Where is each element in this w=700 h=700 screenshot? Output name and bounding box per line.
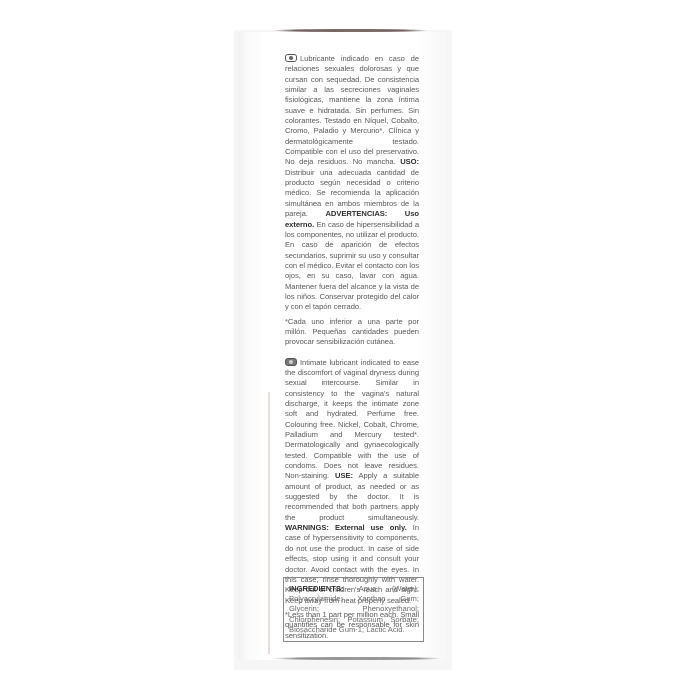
box-bottom-edge (272, 657, 442, 660)
english-language-icon (285, 358, 297, 366)
ingredients-box: INGREDIENTS: Aqua (Water); Polyacrylamid… (283, 577, 424, 642)
spanish-footnote: *Cada uno inferior a una parte por milló… (285, 317, 419, 348)
english-intro: Intimate lubricant indicated to ease the… (285, 358, 419, 481)
english-use-label: USE: (335, 471, 353, 480)
spanish-uso-label: USO: (400, 157, 419, 166)
label-text-column: Lubricante indicado en caso de relacione… (285, 54, 419, 645)
box-fold-strip (268, 392, 270, 654)
spanish-description: Lubricante indicado en caso de relacione… (285, 54, 419, 313)
english-warnings-label: WARNINGS: External use only. (285, 523, 407, 532)
ingredients-label: INGREDIENTS: (289, 584, 343, 593)
box-top-edge (272, 29, 428, 32)
spanish-language-icon (285, 54, 297, 62)
spanish-intro: Lubricante indicado en caso de relacione… (285, 54, 419, 166)
english-description: Intimate lubricant indicated to ease the… (285, 358, 419, 606)
spanish-advertencias-text: En caso de hipersensibilidad a los compo… (285, 220, 419, 312)
